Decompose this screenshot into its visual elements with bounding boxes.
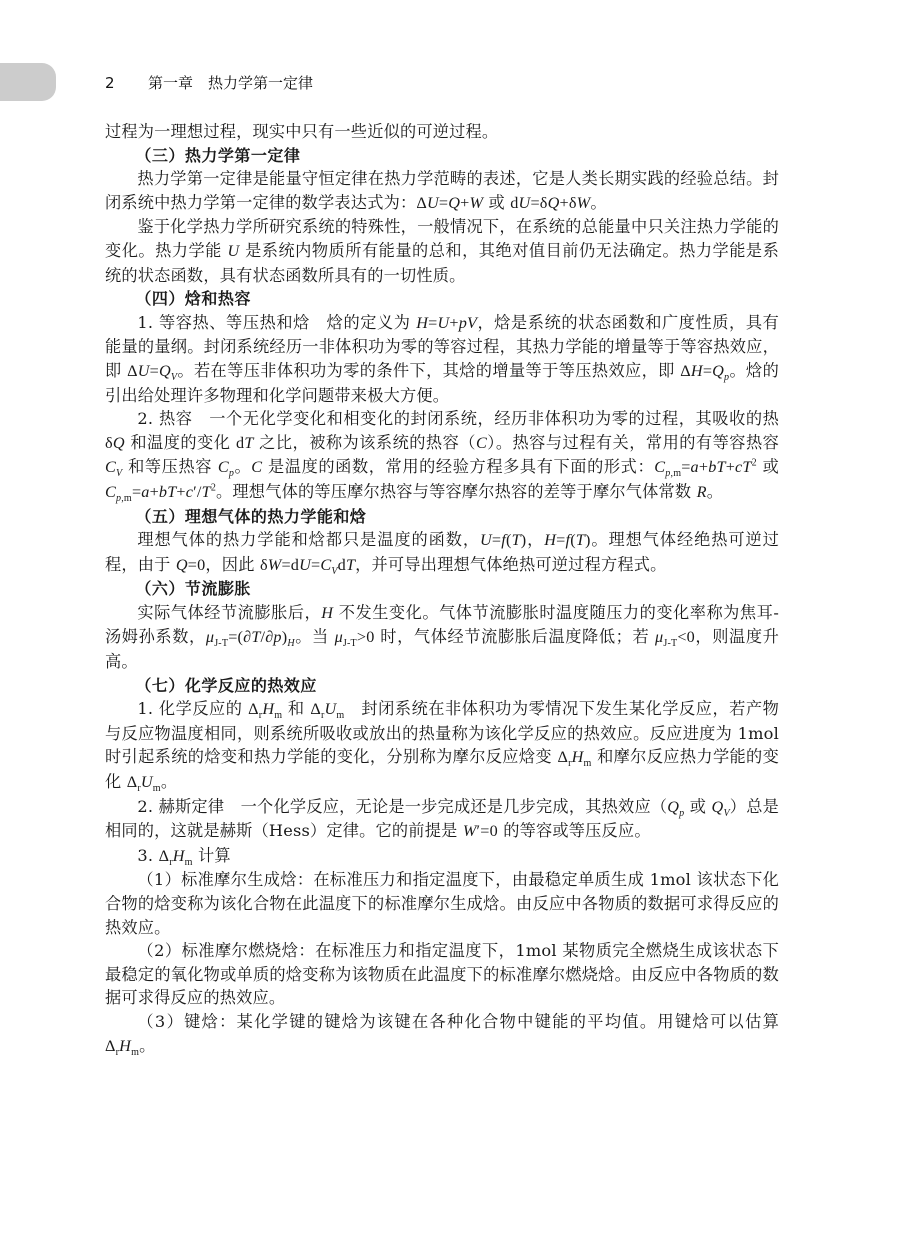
paragraph-internal-energy: 鉴于化学热力学所研究系统的特殊性，一般情况下，在系统的总能量中只关注热力学能的变…	[105, 215, 779, 287]
text-run: 和	[282, 699, 310, 718]
symbol-dt: dT	[236, 434, 254, 452]
paragraph-enthalpy-definition: 1. 等容热、等压热和焓 焓的定义为 H=U+pV，焓是系统的状态函数和广度性质…	[105, 311, 779, 407]
section-heading-enthalpy-heat-capacity: （四）焓和热容	[105, 287, 779, 311]
section-heading-throttling: （六）节流膨胀	[105, 577, 779, 601]
text-run: 或	[483, 193, 510, 212]
text-run: ，	[526, 530, 544, 549]
text-run: 。	[161, 772, 177, 791]
symbol-c: C	[476, 434, 487, 452]
symbol-drum: ΔrUm	[127, 773, 161, 791]
text-run: 2. 热容 一个无化学变化和相变化的封闭系统，经历非体积功为零的过程，其吸收的热	[137, 409, 779, 428]
paragraph-combustion-enthalpy: （2）标准摩尔燃烧焓：在标准压力和指定温度下，1mol 某物质完全燃烧生成该状态…	[105, 939, 779, 1010]
equation-du: dU=δQ+δW	[510, 194, 590, 212]
text-run: 。当	[295, 627, 335, 646]
paragraph-heat-capacity: 2. 热容 一个无化学变化和相变化的封闭系统，经历非体积功为零的过程，其吸收的热…	[105, 407, 779, 504]
equation-delta-u: ΔU=Q+W	[416, 194, 483, 212]
running-header: 2第一章 热力学第一定律	[105, 72, 313, 93]
symbol-c: C	[251, 458, 262, 476]
text-run: 时，气体经节流膨胀后温度降低；若	[375, 627, 656, 646]
text-run: 1. 化学反应的	[137, 699, 248, 718]
text-run: 。理想气体的等压摩尔热容与等容摩尔热容的差等于摩尔气体常数	[216, 482, 697, 501]
equation-du-qv: ΔU=QV	[127, 362, 177, 380]
equation-mu-positive: μJ-T>0	[335, 628, 375, 646]
equation-cpm-2: Cp,m=a+bT+c′/T2	[105, 483, 216, 501]
text-run: 理想气体的热力学能和焓都只是温度的函数，	[137, 530, 480, 549]
text-run: 或	[684, 797, 711, 816]
symbol-r: R	[697, 483, 707, 501]
paragraph-continuation: 过程为一理想过程，现实中只有一些近似的可逆过程。	[105, 120, 779, 144]
equation-mu-negative: μJ-T<0	[655, 628, 695, 646]
equation-w-prime-zero: W′=0	[463, 822, 498, 840]
symbol-dq: δQ	[105, 434, 125, 452]
section-heading-ideal-gas: （五）理想气体的热力学能和焓	[105, 505, 779, 529]
symbol-drhm: ΔrHm	[159, 847, 193, 865]
symbol-drhm: ΔrHm	[248, 700, 282, 718]
paragraph-drhm-calc-title: 3. ΔrHm 计算	[105, 844, 779, 869]
running-title: 第一章 热力学第一定律	[148, 74, 313, 92]
equation-u-ft: U=f(T)	[480, 531, 526, 549]
paragraph-first-law-statement: 热力学第一定律是能量守恒定律在热力学范畴的表述，它是人类长期实践的经验总结。封闭…	[105, 167, 779, 215]
symbol-drum: ΔrUm	[310, 700, 344, 718]
text-run: 。	[707, 482, 723, 501]
text-run: ，因此	[205, 555, 260, 574]
symbol-cv: CV	[105, 458, 122, 476]
equation-joule-thomson: μJ-T=(∂T/∂p)H	[206, 628, 295, 646]
paragraph-reaction-enthalpy: 1. 化学反应的 ΔrHm 和 ΔrUm 封闭系统在非体积功为零情况下发生某化学…	[105, 697, 779, 794]
text-run: 1. 等容热、等压热和焓 焓的定义为	[137, 313, 416, 332]
text-run: 。若在等压非体积功为零的条件下，其焓的增量等于等压热效应，即	[177, 361, 680, 380]
text-run: 的等容或等压反应。	[498, 821, 651, 840]
text-run: ）。热容与过程有关，常用的有等容热容	[487, 433, 779, 452]
text-run: 之比，被称为该系统的热容（	[254, 433, 476, 452]
text-run: ，并可导出理想气体绝热可逆过程方程式。	[355, 555, 666, 574]
text-run: 或	[757, 457, 779, 476]
text-run: 2. 赫斯定律 一个化学反应，无论是一步完成还是几步完成，其热效应（	[137, 797, 667, 816]
paragraph-bond-enthalpy: （3）键焓：某化学键的键焓为该键在各种化合物中键能的平均值。用键焓可以估算 Δr…	[105, 1010, 779, 1058]
equation-h-def: H=U+pV	[416, 314, 477, 332]
paragraph-formation-enthalpy: （1）标准摩尔生成焓：在标准压力和指定温度下，由最稳定单质生成 1mol 该状态…	[105, 868, 779, 939]
text-run: 计算	[193, 846, 231, 865]
equation-dh-qp: ΔH=Qp	[680, 362, 729, 380]
text-run: 。	[234, 457, 251, 476]
text-run: 是温度的函数，常用的经验方程多具有下面的形式：	[262, 457, 654, 476]
page-number: 2	[105, 74, 148, 92]
symbol-qp: Qp	[667, 798, 684, 816]
text-run: 3.	[137, 846, 158, 865]
chapter-thumb-tab	[0, 63, 56, 101]
symbol-drhm: ΔrHm	[105, 1037, 139, 1055]
text-run: 。	[590, 193, 606, 212]
paragraph-throttling: 实际气体经节流膨胀后，H 不发生变化。气体节流膨胀时温度随压力的变化率称为焦耳-…	[105, 601, 779, 674]
page-body: 过程为一理想过程，现实中只有一些近似的可逆过程。 （三）热力学第一定律 热力学第…	[105, 120, 779, 1058]
symbol-qv: QV	[712, 798, 730, 816]
equation-q-zero: Q=0	[176, 556, 206, 574]
symbol-drhm: ΔrHm	[557, 748, 591, 766]
symbol-cp: Cp	[218, 458, 234, 476]
symbol-u: U	[228, 242, 240, 260]
text-run: 和温度的变化	[125, 433, 236, 452]
section-heading-first-law: （三）热力学第一定律	[105, 144, 779, 168]
text-run: （3）键焓：某化学键的键焓为该键在各种化合物中键能的平均值。用键焓可以估算	[137, 1012, 779, 1031]
section-heading-reaction-heat: （七）化学反应的热效应	[105, 674, 779, 698]
text-run: 。	[139, 1036, 155, 1055]
paragraph-hess-law: 2. 赫斯定律 一个化学反应，无论是一步完成还是几步完成，其热效应（Qp 或 Q…	[105, 795, 779, 844]
equation-dw-du: δW=dU=CVdT	[260, 556, 355, 574]
text-run: 实际气体经节流膨胀后，	[137, 603, 321, 622]
equation-cpm-1: Cp,m=a+bT+cT2	[654, 458, 757, 476]
paragraph-ideal-gas: 理想气体的热力学能和焓都只是温度的函数，U=f(T)，H=f(T)。理想气体经绝…	[105, 528, 779, 577]
text-run: 和等压热容	[122, 457, 217, 476]
equation-h-ft: H=f(T)	[544, 531, 590, 549]
symbol-h: H	[321, 604, 333, 622]
